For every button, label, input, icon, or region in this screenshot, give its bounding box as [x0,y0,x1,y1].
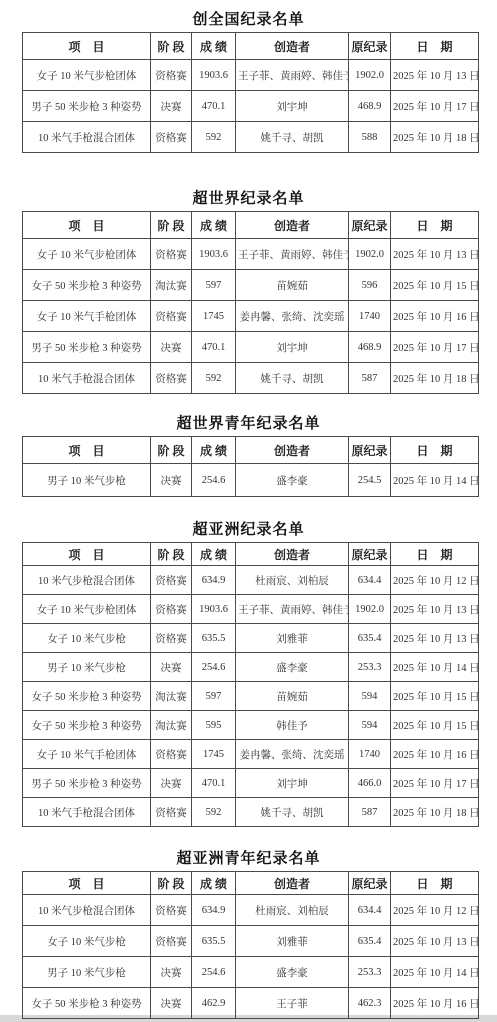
cell-previous-record: 466.0 [349,769,391,798]
cell-event: 男子 10 米气步枪 [23,957,151,988]
cell-creator: 姚千寻、胡凯 [236,122,349,153]
cell-previous-record: 1740 [349,301,391,332]
cell-event: 女子 50 米步枪 3 种姿势 [23,988,151,1019]
cell-stage: 资格赛 [151,595,192,624]
column-header-event: 项 目 [23,872,151,895]
cell-creator: 盛李豪 [236,957,349,988]
cell-creator: 王子菲、黄雨婷、韩佳予 [236,60,349,91]
table-row: 男子 10 米气步枪决赛254.6盛李豪253.32025 年 10 月 14 … [23,957,479,988]
cell-score: 595 [192,711,236,740]
cell-score: 592 [192,363,236,394]
column-header-stage: 阶 段 [151,33,192,60]
cell-stage: 淘汰赛 [151,270,192,301]
cell-date: 2025 年 10 月 15 日 [391,711,479,740]
cell-stage: 决赛 [151,988,192,1019]
cell-previous-record: 468.9 [349,332,391,363]
cell-event: 女子 10 米气步枪团体 [23,595,151,624]
cell-score: 597 [192,682,236,711]
column-header-date: 日 期 [391,212,479,239]
cell-score: 470.1 [192,332,236,363]
cell-date: 2025 年 10 月 18 日 [391,122,479,153]
cell-score: 470.1 [192,91,236,122]
cell-score: 462.9 [192,988,236,1019]
cell-previous-record: 587 [349,798,391,827]
column-header-score: 成 绩 [192,33,236,60]
cell-stage: 淘汰赛 [151,682,192,711]
cell-creator: 王子菲 [236,988,349,1019]
cell-creator: 姚千寻、胡凯 [236,798,349,827]
cell-event: 女子 50 米步枪 3 种姿势 [23,682,151,711]
world-records-table: 项 目 阶 段 成 绩 创造者 原纪录 日 期 女子 10 米气步枪团体资格赛1… [22,211,479,394]
cell-date: 2025 年 10 月 12 日 [391,566,479,595]
cell-score: 592 [192,122,236,153]
column-header-creator: 创造者 [236,33,349,60]
cell-previous-record: 588 [349,122,391,153]
table-row: 女子 10 米气手枪团体资格赛1745姜冉馨、张绮、沈奕瑶17402025 年 … [23,740,479,769]
cell-stage: 资格赛 [151,624,192,653]
column-header-stage: 阶 段 [151,543,192,566]
column-header-stage: 阶 段 [151,437,192,464]
column-header-creator: 创造者 [236,543,349,566]
cell-previous-record: 468.9 [349,91,391,122]
world-junior-records-section: 超世界青年纪录名单 项 目 阶 段 成 绩 创造者 原纪录 日 期 男子 10 … [0,415,497,497]
cell-stage: 资格赛 [151,60,192,91]
column-header-score: 成 绩 [192,543,236,566]
cell-creator: 盛李豪 [236,464,349,497]
cell-previous-record: 1740 [349,740,391,769]
cell-previous-record: 1902.0 [349,595,391,624]
cell-previous-record: 1902.0 [349,239,391,270]
cell-date: 2025 年 10 月 17 日 [391,91,479,122]
table-row: 男子 50 米步枪 3 种姿势决赛470.1刘宇坤468.92025 年 10 … [23,91,479,122]
table-row: 女子 50 米步枪 3 种姿势淘汰赛595韩佳予5942025 年 10 月 1… [23,711,479,740]
cell-creator: 杜雨宸、刘柏辰 [236,895,349,926]
table-row: 女子 50 米步枪 3 种姿势淘汰赛597苗婉茹5942025 年 10 月 1… [23,682,479,711]
cell-event: 10 米气步枪混合团体 [23,566,151,595]
column-header-stage: 阶 段 [151,872,192,895]
column-header-previous-record: 原纪录 [349,543,391,566]
national-records-table: 项 目 阶 段 成 绩 创造者 原纪录 日 期 女子 10 米气步枪团体资格赛1… [22,32,479,153]
cell-event: 女子 10 米气步枪 [23,624,151,653]
column-header-date: 日 期 [391,33,479,60]
header-row: 项 目 阶 段 成 绩 创造者 原纪录 日 期 [23,437,479,464]
asian-junior-records-section: 超亚洲青年纪录名单 项 目 阶 段 成 绩 创造者 原纪录 日 期 10 米气步… [0,850,497,1019]
cell-score: 1903.6 [192,595,236,624]
cell-event: 女子 50 米步枪 3 种姿势 [23,711,151,740]
cell-previous-record: 635.4 [349,926,391,957]
header-row: 项 目 阶 段 成 绩 创造者 原纪录 日 期 [23,543,479,566]
cell-date: 2025 年 10 月 13 日 [391,239,479,270]
cell-stage: 决赛 [151,653,192,682]
cell-event: 10 米气手枪混合团体 [23,363,151,394]
header-row: 项 目 阶 段 成 绩 创造者 原纪录 日 期 [23,33,479,60]
cell-creator: 姜冉馨、张绮、沈奕瑶 [236,301,349,332]
cell-previous-record: 254.5 [349,464,391,497]
cell-score: 1745 [192,740,236,769]
cell-creator: 苗婉茹 [236,682,349,711]
cell-stage: 资格赛 [151,895,192,926]
header-row: 项 目 阶 段 成 绩 创造者 原纪录 日 期 [23,872,479,895]
column-header-event: 项 目 [23,437,151,464]
cell-date: 2025 年 10 月 13 日 [391,60,479,91]
cell-creator: 刘宇坤 [236,91,349,122]
cell-event: 男子 50 米步枪 3 种姿势 [23,769,151,798]
table-row: 男子 50 米步枪 3 种姿势决赛470.1刘宇坤466.02025 年 10 … [23,769,479,798]
cell-score: 1745 [192,301,236,332]
cell-event: 女子 10 米气步枪团体 [23,60,151,91]
table-row: 男子 10 米气步枪决赛254.6盛李豪254.52025 年 10 月 14 … [23,464,479,497]
column-header-date: 日 期 [391,872,479,895]
cell-event: 男子 50 米步枪 3 种姿势 [23,91,151,122]
table-title-world-junior-records: 超世界青年纪录名单 [0,415,497,432]
column-header-previous-record: 原纪录 [349,872,391,895]
table-row: 女子 50 米步枪 3 种姿势决赛462.9王子菲462.32025 年 10 … [23,988,479,1019]
cell-event: 男子 10 米气步枪 [23,653,151,682]
cell-stage: 资格赛 [151,798,192,827]
cell-date: 2025 年 10 月 15 日 [391,682,479,711]
column-header-creator: 创造者 [236,437,349,464]
cell-previous-record: 587 [349,363,391,394]
cell-score: 634.9 [192,566,236,595]
cell-creator: 盛李豪 [236,653,349,682]
table-row: 女子 10 米气步枪资格赛635.5刘雅菲635.42025 年 10 月 13… [23,624,479,653]
column-header-score: 成 绩 [192,872,236,895]
cell-score: 254.6 [192,957,236,988]
cell-score: 635.5 [192,926,236,957]
cell-date: 2025 年 10 月 15 日 [391,270,479,301]
cell-creator: 姚千寻、胡凯 [236,363,349,394]
cell-creator: 杜雨宸、刘柏辰 [236,566,349,595]
world-records-section: 超世界纪录名单 项 目 阶 段 成 绩 创造者 原纪录 日 期 女子 10 米气… [0,190,497,394]
cell-date: 2025 年 10 月 13 日 [391,624,479,653]
cell-creator: 苗婉茹 [236,270,349,301]
column-header-event: 项 目 [23,543,151,566]
cell-previous-record: 253.3 [349,653,391,682]
asian-records-section: 超亚洲纪录名单 项 目 阶 段 成 绩 创造者 原纪录 日 期 10 米气步枪混… [0,521,497,827]
table-title-asian-records: 超亚洲纪录名单 [0,521,497,538]
column-header-event: 项 目 [23,212,151,239]
cell-score: 1903.6 [192,60,236,91]
asian-records-table: 项 目 阶 段 成 绩 创造者 原纪录 日 期 10 米气步枪混合团体资格赛63… [22,542,479,827]
table-row: 女子 10 米气步枪团体资格赛1903.6王子菲、黄雨婷、韩佳予1902.020… [23,60,479,91]
cell-stage: 决赛 [151,464,192,497]
table-row: 男子 10 米气步枪决赛254.6盛李豪253.32025 年 10 月 14 … [23,653,479,682]
cell-creator: 刘宇坤 [236,769,349,798]
cell-previous-record: 1902.0 [349,60,391,91]
table-row: 10 米气手枪混合团体资格赛592姚千寻、胡凯5872025 年 10 月 18… [23,363,479,394]
cell-date: 2025 年 10 月 13 日 [391,595,479,624]
table-row: 女子 10 米气步枪资格赛635.5刘雅菲635.42025 年 10 月 13… [23,926,479,957]
table-title-national-records: 创全国纪录名单 [0,11,497,28]
column-header-creator: 创造者 [236,872,349,895]
cell-previous-record: 635.4 [349,624,391,653]
cell-previous-record: 253.3 [349,957,391,988]
cell-event: 女子 10 米气步枪 [23,926,151,957]
cell-previous-record: 634.4 [349,895,391,926]
table-row: 男子 50 米步枪 3 种姿势决赛470.1刘宇坤468.92025 年 10 … [23,332,479,363]
cell-date: 2025 年 10 月 17 日 [391,332,479,363]
table-row: 10 米气步枪混合团体资格赛634.9杜雨宸、刘柏辰634.42025 年 10… [23,566,479,595]
asian-junior-records-table: 项 目 阶 段 成 绩 创造者 原纪录 日 期 10 米气步枪混合团体资格赛63… [22,871,479,1019]
cell-date: 2025 年 10 月 14 日 [391,957,479,988]
cell-stage: 资格赛 [151,239,192,270]
cell-stage: 资格赛 [151,301,192,332]
cell-score: 1903.6 [192,239,236,270]
cell-stage: 决赛 [151,957,192,988]
column-header-score: 成 绩 [192,437,236,464]
cell-event: 女子 10 米气手枪团体 [23,740,151,769]
table-row: 10 米气手枪混合团体资格赛592姚千寻、胡凯5872025 年 10 月 18… [23,798,479,827]
cell-creator: 刘雅菲 [236,926,349,957]
table-row: 女子 10 米气步枪团体资格赛1903.6王子菲、黄雨婷、韩佳予1902.020… [23,595,479,624]
cell-creator: 王子菲、黄雨婷、韩佳予 [236,239,349,270]
cell-score: 597 [192,270,236,301]
cell-score: 470.1 [192,769,236,798]
cell-event: 女子 50 米步枪 3 种姿势 [23,270,151,301]
table-row: 女子 50 米步枪 3 种姿势淘汰赛597苗婉茹5962025 年 10 月 1… [23,270,479,301]
cell-score: 254.6 [192,464,236,497]
table-row: 10 米气步枪混合团体资格赛634.9杜雨宸、刘柏辰634.42025 年 10… [23,895,479,926]
column-header-date: 日 期 [391,543,479,566]
cell-event: 10 米气步枪混合团体 [23,895,151,926]
cell-event: 10 米气手枪混合团体 [23,798,151,827]
cell-event: 女子 10 米气步枪团体 [23,239,151,270]
cell-previous-record: 594 [349,682,391,711]
cell-date: 2025 年 10 月 17 日 [391,769,479,798]
cell-creator: 刘宇坤 [236,332,349,363]
cell-stage: 决赛 [151,332,192,363]
table-row: 10 米气手枪混合团体资格赛592姚千寻、胡凯5882025 年 10 月 18… [23,122,479,153]
cell-previous-record: 596 [349,270,391,301]
cell-event: 男子 50 米步枪 3 种姿势 [23,332,151,363]
cell-date: 2025 年 10 月 18 日 [391,798,479,827]
column-header-creator: 创造者 [236,212,349,239]
cell-creator: 刘雅菲 [236,624,349,653]
cell-score: 254.6 [192,653,236,682]
cell-stage: 资格赛 [151,926,192,957]
cell-previous-record: 594 [349,711,391,740]
column-header-date: 日 期 [391,437,479,464]
cell-stage: 资格赛 [151,566,192,595]
cell-date: 2025 年 10 月 16 日 [391,740,479,769]
column-header-stage: 阶 段 [151,212,192,239]
cell-previous-record: 462.3 [349,988,391,1019]
cell-creator: 韩佳予 [236,711,349,740]
cell-stage: 淘汰赛 [151,711,192,740]
table-row: 女子 10 米气步枪团体资格赛1903.6王子菲、黄雨婷、韩佳予1902.020… [23,239,479,270]
cell-previous-record: 634.4 [349,566,391,595]
cell-score: 634.9 [192,895,236,926]
cell-stage: 决赛 [151,91,192,122]
table-title-asian-junior-records: 超亚洲青年纪录名单 [0,850,497,867]
header-row: 项 目 阶 段 成 绩 创造者 原纪录 日 期 [23,212,479,239]
world-junior-records-table: 项 目 阶 段 成 绩 创造者 原纪录 日 期 男子 10 米气步枪决赛254.… [22,436,479,497]
cell-date: 2025 年 10 月 13 日 [391,926,479,957]
cell-stage: 决赛 [151,769,192,798]
table-row: 女子 10 米气手枪团体资格赛1745姜冉馨、张绮、沈奕瑶17402025 年 … [23,301,479,332]
cell-event: 男子 10 米气步枪 [23,464,151,497]
cell-date: 2025 年 10 月 14 日 [391,464,479,497]
cell-score: 592 [192,798,236,827]
cell-event: 10 米气手枪混合团体 [23,122,151,153]
cell-date: 2025 年 10 月 12 日 [391,895,479,926]
column-header-previous-record: 原纪录 [349,33,391,60]
cell-date: 2025 年 10 月 18 日 [391,363,479,394]
cell-date: 2025 年 10 月 16 日 [391,301,479,332]
cell-stage: 资格赛 [151,122,192,153]
column-header-score: 成 绩 [192,212,236,239]
column-header-previous-record: 原纪录 [349,212,391,239]
cell-date: 2025 年 10 月 16 日 [391,988,479,1019]
cell-stage: 资格赛 [151,363,192,394]
cell-stage: 资格赛 [151,740,192,769]
cell-score: 635.5 [192,624,236,653]
national-records-section: 创全国纪录名单 项 目 阶 段 成 绩 创造者 原纪录 日 期 女子 10 米气… [0,11,497,153]
table-title-world-records: 超世界纪录名单 [0,190,497,207]
column-header-previous-record: 原纪录 [349,437,391,464]
column-header-event: 项 目 [23,33,151,60]
cell-date: 2025 年 10 月 14 日 [391,653,479,682]
cell-creator: 姜冉馨、张绮、沈奕瑶 [236,740,349,769]
cell-creator: 王子菲、黄雨婷、韩佳予 [236,595,349,624]
cell-event: 女子 10 米气手枪团体 [23,301,151,332]
